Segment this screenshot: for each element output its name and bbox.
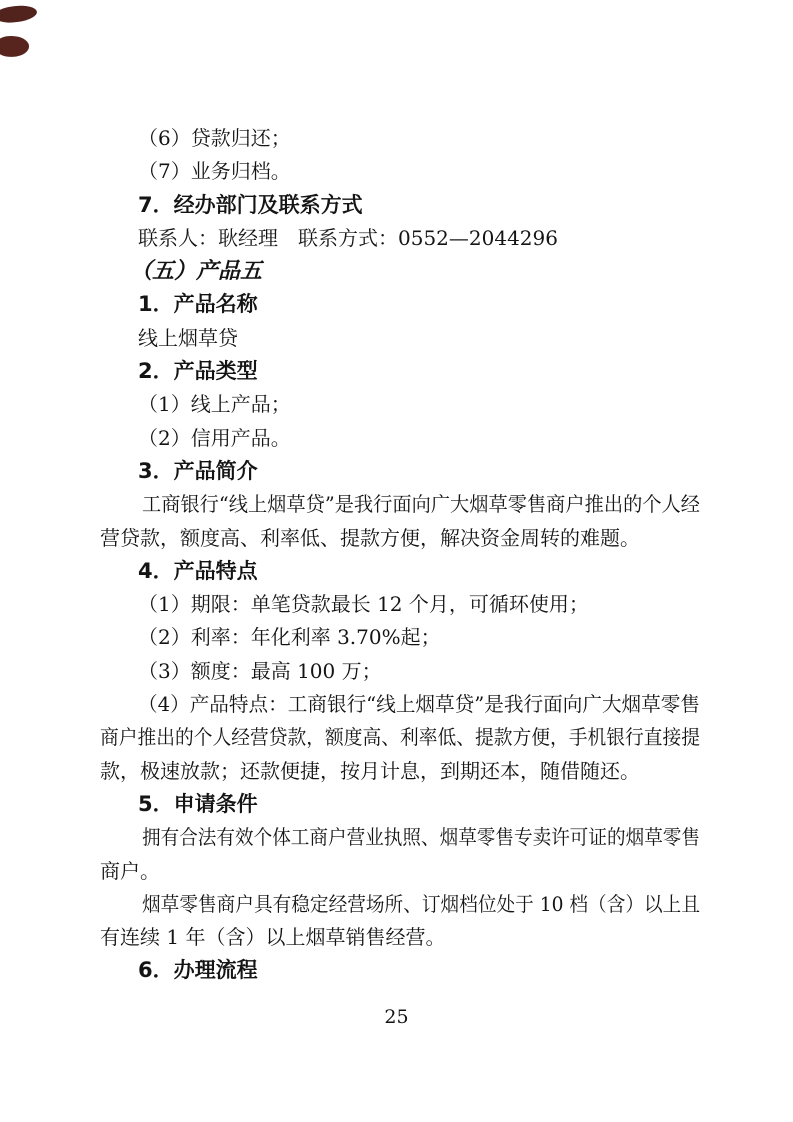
condition-line-4: 有连续 1 年（含）以上烟草销售经营。 [100, 921, 700, 954]
heading-5-application-conditions: 5．申请条件 [100, 788, 700, 821]
heading-1-product-name: 1．产品名称 [100, 288, 700, 321]
item-term: （1）期限：单笔贷款最长 12 个月，可循环使用； [100, 588, 700, 621]
heading-4-product-features: 4．产品特点 [100, 555, 700, 588]
document-content: （6）贷款归还； （7）业务归档。 7．经办部门及联系方式 联系人：耿经理 联系… [100, 122, 700, 988]
page-number: 25 [0, 1000, 793, 1034]
intro-line-2: 营贷款，额度高、利率低、提款方便，解决资金周转的难题。 [100, 522, 700, 555]
item-loan-repayment: （6）贷款归还； [100, 122, 700, 155]
feature-line-2: 商户推出的个人经营贷款，额度高、利率低、提款方便，手机银行直接提 [100, 721, 700, 754]
condition-line-1: 拥有合法有效个体工商户营业执照、烟草零售专卖许可证的烟草零售 [100, 821, 700, 854]
condition-line-2: 商户。 [100, 855, 700, 888]
item-rate: （2）利率：年化利率 3.70%起； [100, 621, 700, 654]
feature-line-1: （4）产品特点：工商银行“线上烟草贷”是我行面向广大烟草零售 [100, 688, 700, 721]
heading-7-contact-dept: 7．经办部门及联系方式 [100, 189, 700, 222]
condition-line-3: 烟草零售商户具有稳定经营场所、订烟档位处于 10 档（含）以上且 [100, 888, 700, 921]
item-online-product: （1）线上产品； [100, 388, 700, 421]
heading-3-product-intro: 3．产品简介 [100, 455, 700, 488]
stain-mark-1 [0, 4, 38, 25]
stain-mark-2 [0, 35, 30, 59]
heading-product-5: （五）产品五 [100, 255, 700, 288]
document-page: （6）贷款归还； （7）业务归档。 7．经办部门及联系方式 联系人：耿经理 联系… [0, 0, 793, 1122]
intro-line-1: 工商银行“线上烟草贷”是我行面向广大烟草零售商户推出的个人经 [100, 488, 700, 521]
item-credit-product: （2）信用产品。 [100, 422, 700, 455]
item-business-archive: （7）业务归档。 [100, 155, 700, 188]
contact-info-line: 联系人：耿经理 联系方式：0552—2044296 [100, 222, 700, 255]
item-amount: （3）额度：最高 100 万； [100, 655, 700, 688]
heading-6-process: 6．办理流程 [100, 954, 700, 987]
feature-line-3: 款，极速放款；还款便捷，按月计息，到期还本，随借随还。 [100, 755, 700, 788]
product-name-text: 线上烟草贷 [100, 322, 700, 355]
heading-2-product-type: 2．产品类型 [100, 355, 700, 388]
